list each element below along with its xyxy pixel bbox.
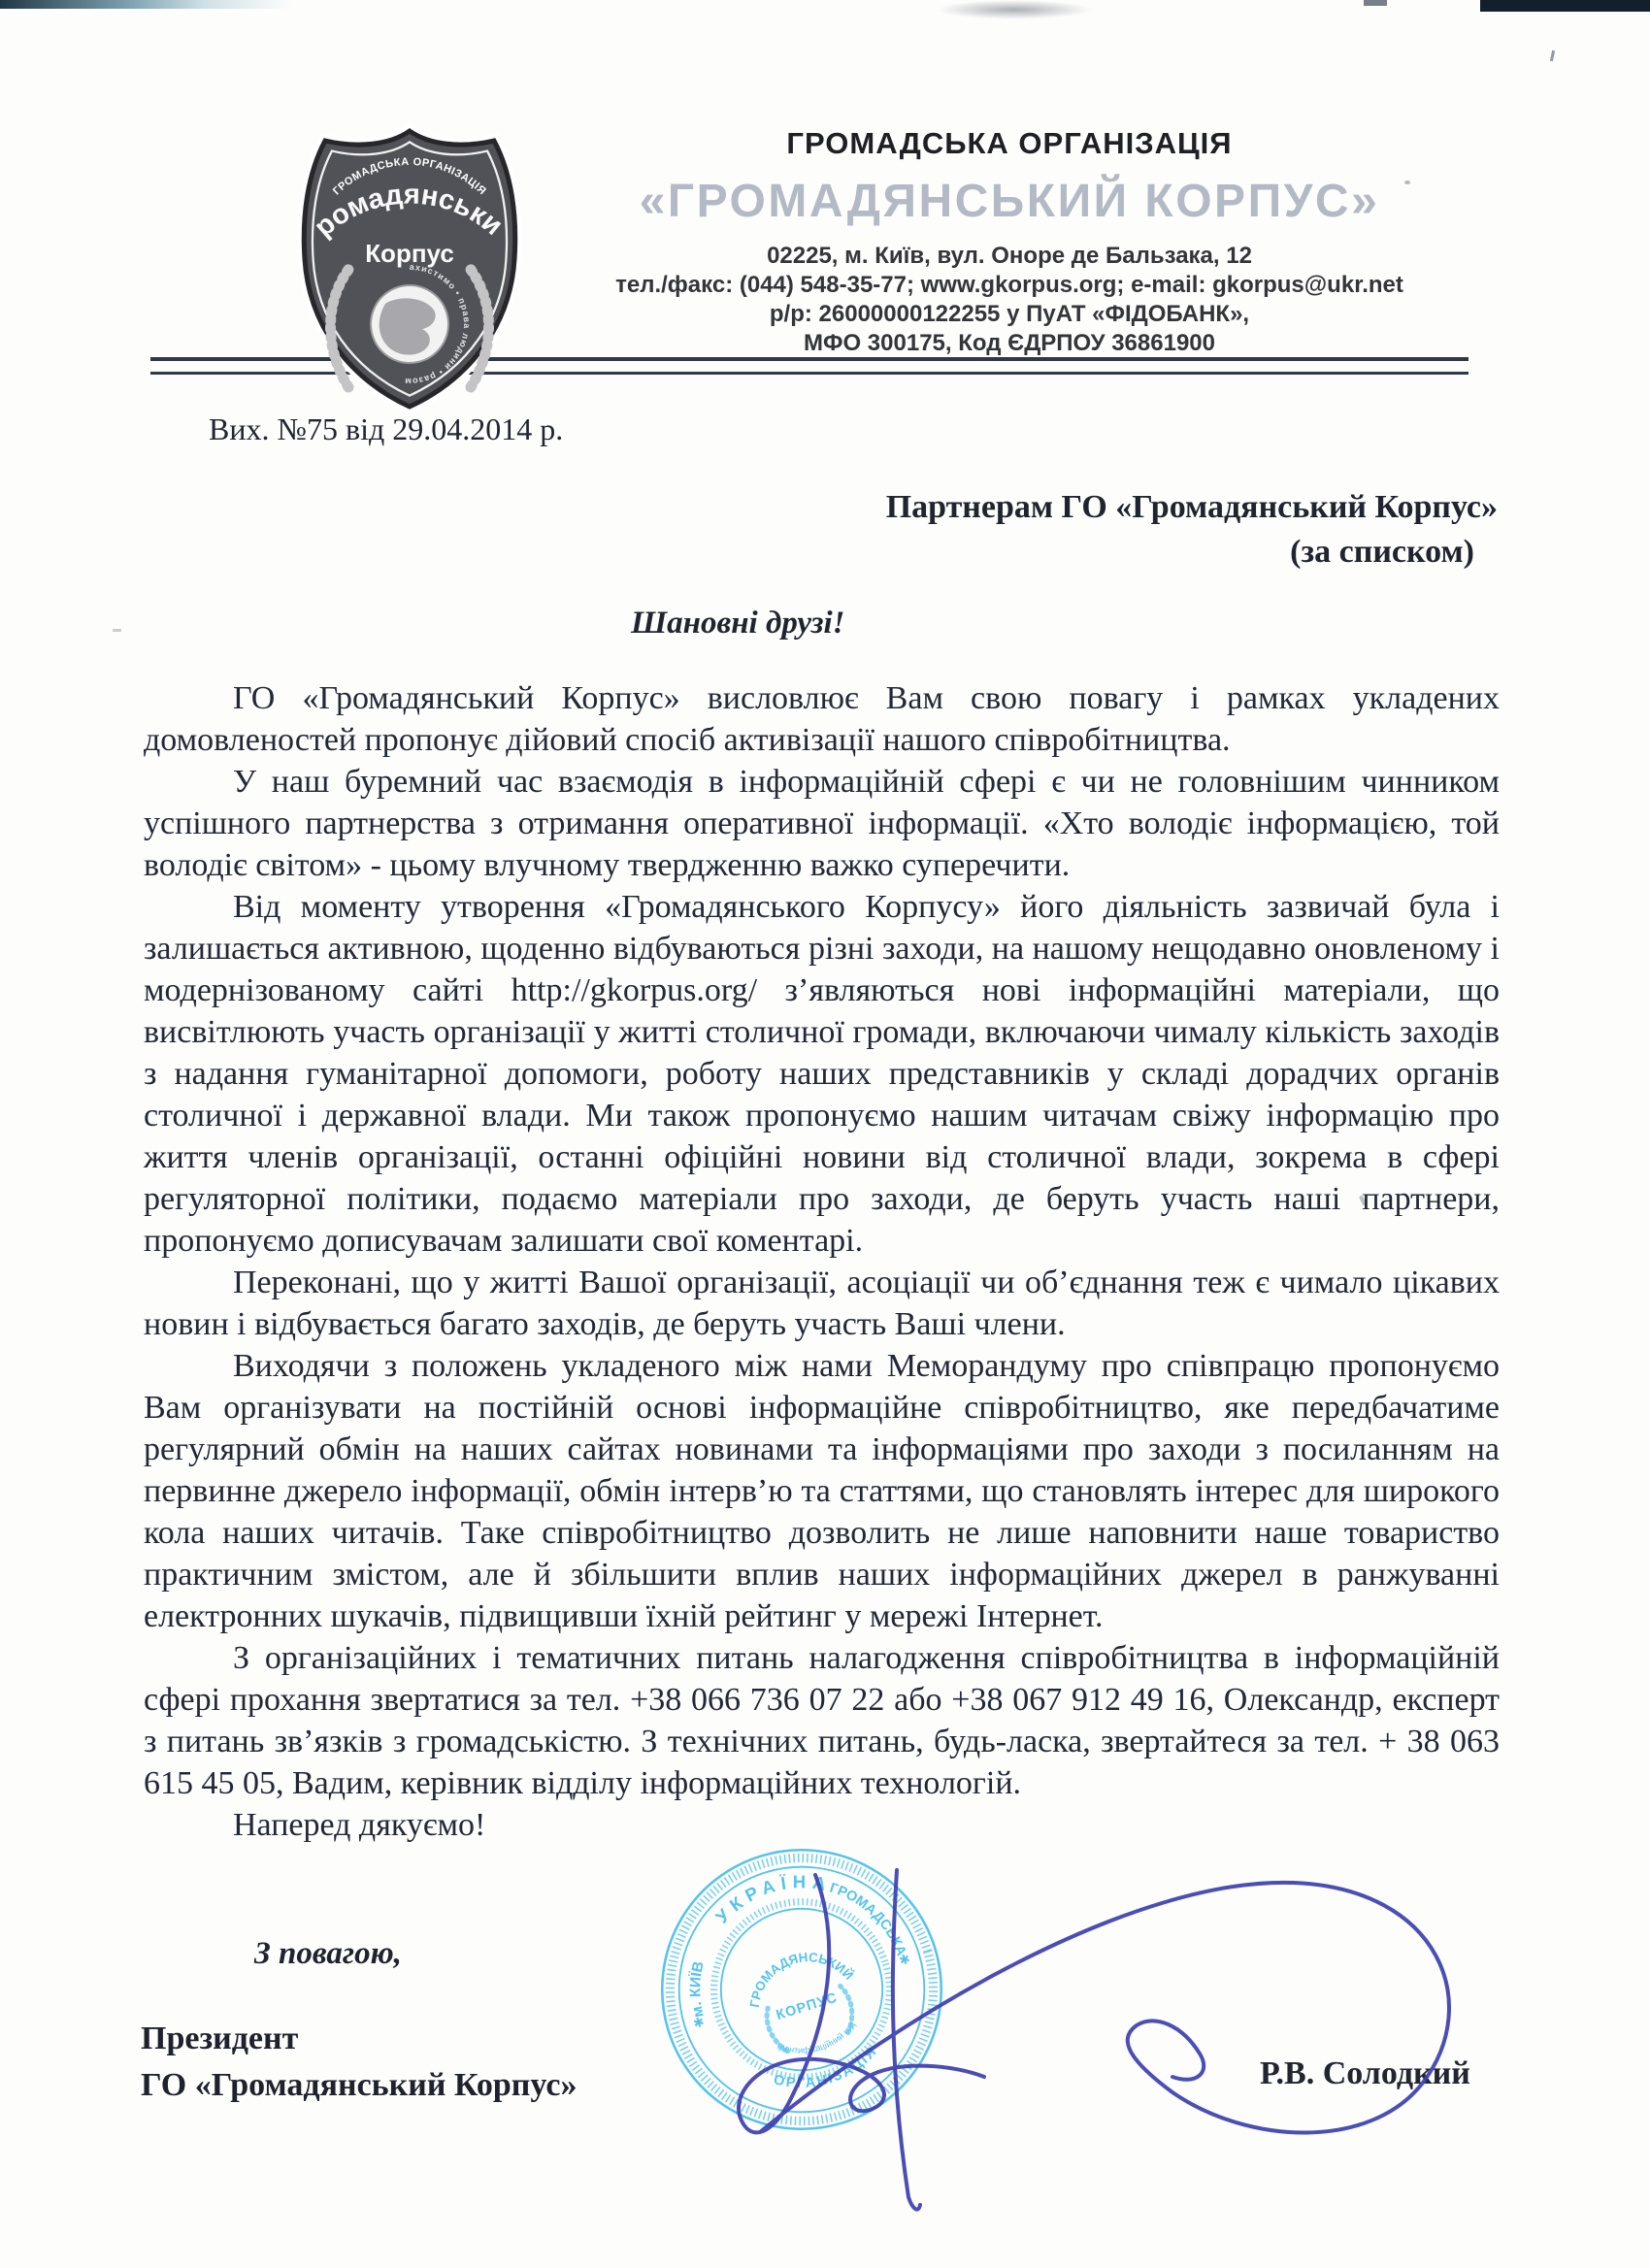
signature-stroke-icon xyxy=(668,1817,1512,2234)
scan-artifact-speck xyxy=(1550,50,1555,61)
org-codes-line: МФО 300175, Код ЄДРПОУ 36861900 xyxy=(544,329,1475,358)
body-paragraph: Переконані, що у житті Вашої організації… xyxy=(144,1262,1500,1345)
body-paragraph: ГО «Громадянський Корпус» висловлює Вам … xyxy=(144,677,1500,761)
scan-artifact-speck xyxy=(113,629,121,632)
scan-artifact-top-dash xyxy=(1364,0,1387,6)
addressee-block: Партнерам ГО «Громадянський Корпус» (за … xyxy=(886,485,1498,575)
scan-artifact-smudge xyxy=(937,0,1092,19)
signer-title-line1: Президент xyxy=(141,2021,298,2057)
scan-artifact-top-left xyxy=(0,0,291,9)
handwritten-signature xyxy=(668,1817,1512,2234)
body-paragraph: Від моменту утворення «Громадянського Ко… xyxy=(144,886,1500,1262)
letterhead: ГРОМАДСЬКА ОРГАНІЗАЦІЯ «ГРОМАДЯНСЬКИЙ КО… xyxy=(544,126,1475,358)
closing-phrase: З повагою, xyxy=(254,1936,402,1972)
body-paragraph: Виходячи з положень укладеного між нами … xyxy=(144,1345,1500,1637)
reference-number: Вих. №75 від 29.04.2014 р. xyxy=(209,411,563,447)
shield-emblem-icon: ГРОМАДСЬКА ОРГАНІЗАЦІЯ Громадянський Кор… xyxy=(288,122,531,415)
org-name-heading: «ГРОМАДЯНСЬКИЙ КОРПУС» xyxy=(544,175,1475,228)
body-paragraph: З організаційних і тематичних питань нал… xyxy=(144,1637,1500,1804)
org-contact-block: 02225, м. Київ, вул. Оноре де Бальзака, … xyxy=(544,242,1475,358)
org-type-heading: ГРОМАДСЬКА ОРГАНІЗАЦІЯ xyxy=(544,126,1475,161)
org-logo-badge: ГРОМАДСЬКА ОРГАНІЗАЦІЯ Громадянський Кор… xyxy=(288,122,531,415)
org-bank-line: р/р: 26000000122255 у ПуАТ «ФІДОБАНК», xyxy=(544,300,1475,329)
org-address-line: 02225, м. Київ, вул. Оноре де Бальзака, … xyxy=(544,242,1475,271)
salutation: Шановні друзі! xyxy=(631,606,845,641)
scan-artifact-top-right xyxy=(1480,0,1650,12)
org-phone-email-line: тел./факс: (044) 548-35-77; www.gkorpus.… xyxy=(544,271,1475,300)
scanned-letter-page: ГРОМАДСЬКА ОРГАНІЗАЦІЯ Громадянський Кор… xyxy=(0,0,1650,2268)
addressee-line2: (за списком) xyxy=(886,530,1498,575)
body-paragraph: У наш буремний час взаємодія в інформаці… xyxy=(144,761,1500,886)
addressee-line1: Партнерам ГО «Громадянський Корпус» xyxy=(886,485,1498,530)
letter-body: ГО «Громадянський Корпус» висловлює Вам … xyxy=(144,677,1500,1846)
signer-title-line2: ГО «Громадянський Корпус» xyxy=(141,2067,577,2104)
